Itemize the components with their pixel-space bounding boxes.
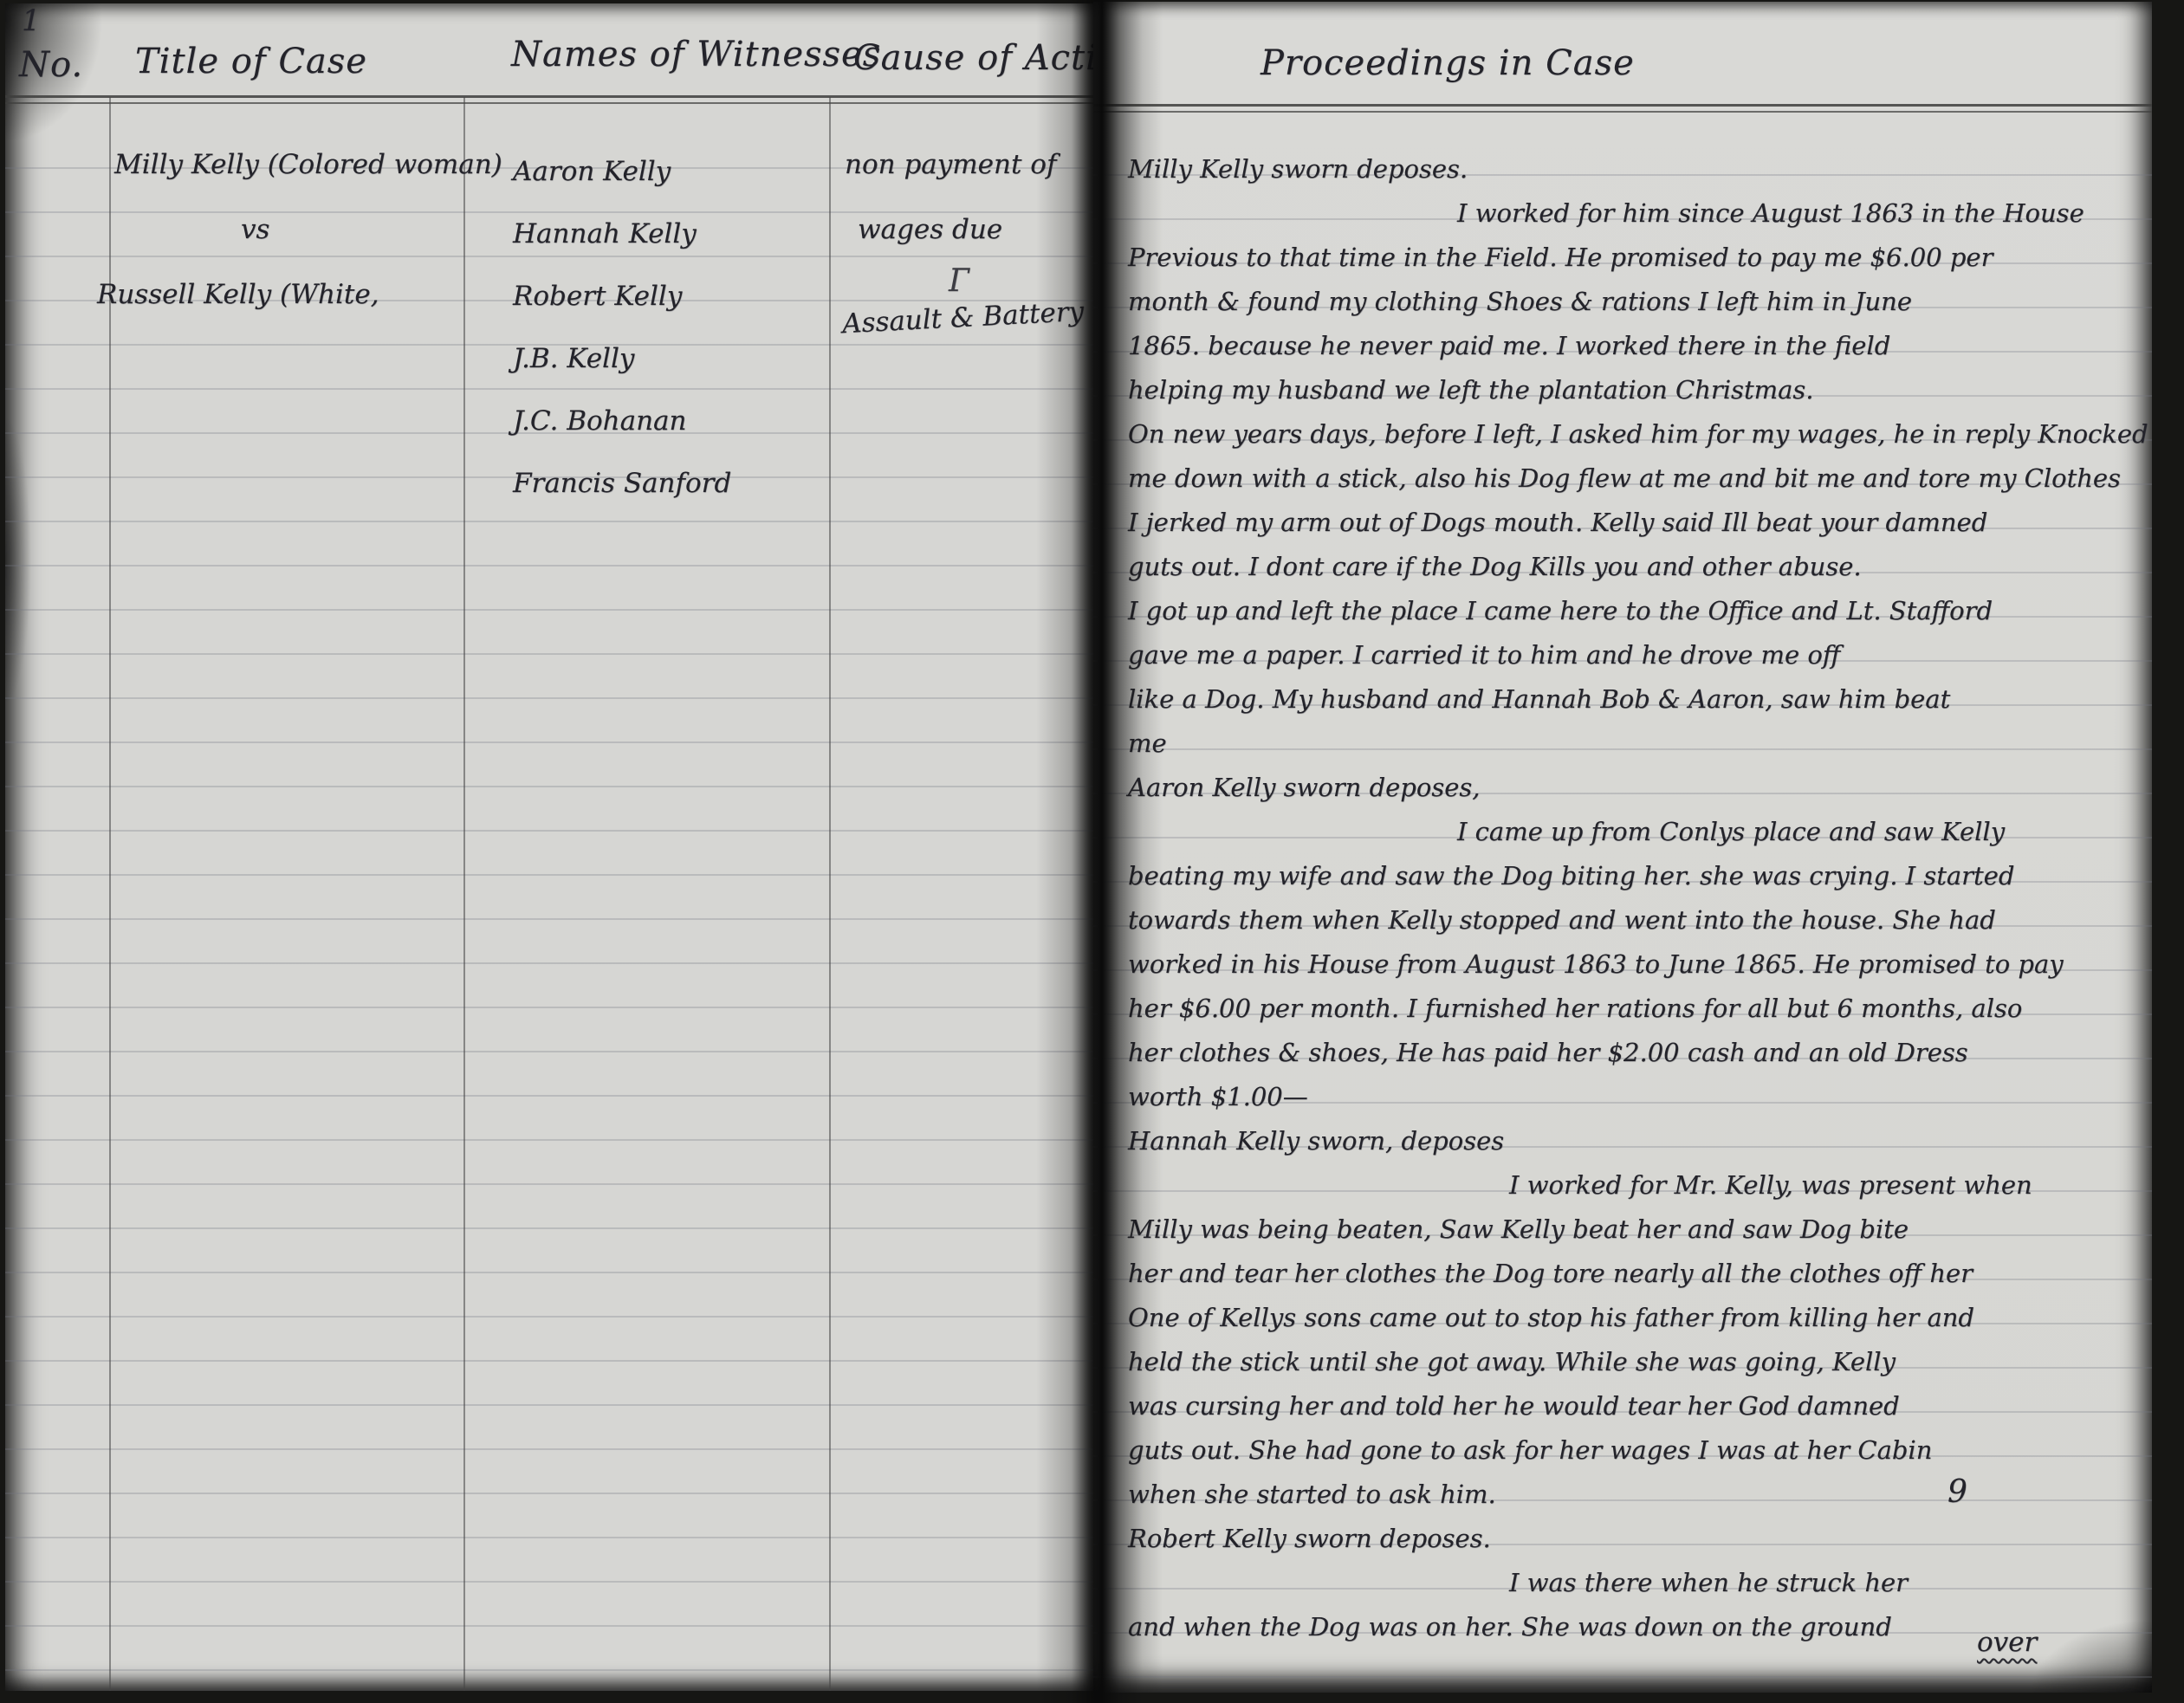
column-header-proceedings: Proceedings in Case: [1260, 43, 1635, 83]
column-header-names-of-witnesses: Names of Witnesses: [511, 35, 881, 74]
proceedings-line: Milly Kelly sworn deposes.: [1128, 147, 2133, 191]
proceedings-line: gave me a paper. I carried it to him and…: [1128, 633, 2133, 677]
proceedings-line: I came up from Conlys place and saw Kell…: [1128, 810, 2133, 854]
proceedings-line: One of Kellys sons came out to stop his …: [1128, 1296, 2133, 1340]
proceedings-line: her $6.00 per month. I furnished her rat…: [1128, 987, 2133, 1031]
over-label: over: [1977, 1627, 2037, 1658]
witness-name: Aaron Kelly: [513, 140, 731, 203]
proceedings-line: when she started to ask him.: [1128, 1473, 2133, 1517]
proceedings-line: worked in his House from August 1863 to …: [1128, 942, 2133, 987]
column-divider-no-title: [109, 97, 111, 1691]
column-divider-witnesses-cause: [829, 97, 831, 1691]
header-rule-bottom: [5, 102, 1093, 104]
header-rule-top: [5, 95, 1093, 98]
column-header-cause-of-action: Cause of Actio: [853, 38, 1119, 78]
proceedings-line: Milly was being beaten, Saw Kelly beat h…: [1128, 1208, 2133, 1252]
case-title-plaintiff: Milly Kelly (Colored woman): [114, 149, 502, 180]
witness-name: Hannah Kelly: [513, 203, 731, 265]
proceedings-line: guts out. I dont care if the Dog Kills y…: [1128, 545, 2133, 589]
right-page: Proceedings in Case Milly Kelly sworn de…: [1093, 2, 2152, 1693]
proceedings-line: her and tear her clothes the Dog tore ne…: [1128, 1252, 2133, 1296]
case-title-vs: vs: [241, 214, 269, 245]
proceedings-line: held the stick until she got away. While…: [1128, 1340, 2133, 1384]
proceedings-line: I got up and left the place I came here …: [1128, 589, 2133, 633]
proceedings-line: I worked for Mr. Kelly, was present when: [1128, 1163, 2133, 1208]
witness-name: J.C. Bohanan: [513, 390, 731, 452]
column-header-no: No.: [19, 45, 83, 85]
proceedings-line: beating my wife and saw the Dog biting h…: [1128, 854, 2133, 898]
proceedings-line: her clothes & shoes, He has paid her $2.…: [1128, 1031, 2133, 1075]
column-header-title-of-case: Title of Case: [135, 42, 367, 81]
proceedings-line: towards them when Kelly stopped and went…: [1128, 898, 2133, 942]
folio-number: 1: [22, 3, 41, 38]
cause-of-action-line-2: wages due: [858, 214, 1002, 245]
ditto-flourish-mark: Г: [949, 263, 969, 299]
ledger-scan: 1 No. Title of Case Names of Witnesses C…: [0, 0, 2184, 1703]
proceedings-text: Milly Kelly sworn deposes.I worked for h…: [1128, 147, 2133, 1649]
proceedings-line: month & found my clothing Shoes & ration…: [1128, 280, 2133, 324]
proceedings-line: guts out. She had gone to ask for her wa…: [1128, 1428, 2133, 1473]
witness-list: Aaron KellyHannah KellyRobert KellyJ.B. …: [513, 140, 731, 515]
proceedings-line: On new years days, before I left, I aske…: [1128, 412, 2133, 457]
witness-name: Francis Sanford: [513, 452, 731, 515]
case-title-defendant: Russell Kelly (White,: [97, 279, 379, 310]
witness-name: J.B. Kelly: [513, 327, 731, 390]
cause-of-action-line-1: non payment of: [845, 149, 1056, 180]
proceedings-line: me down with a stick, also his Dog flew …: [1128, 457, 2133, 501]
witness-name: Robert Kelly: [513, 265, 731, 327]
header-rule-bottom: [1093, 111, 2152, 113]
left-page: 1 No. Title of Case Names of Witnesses C…: [5, 3, 1093, 1691]
proceedings-line: was cursing her and told her he would te…: [1128, 1384, 2133, 1428]
proceedings-line: Aaron Kelly sworn deposes,: [1128, 766, 2133, 810]
proceedings-line: I worked for him since August 1863 in th…: [1128, 191, 2133, 236]
proceedings-line: I jerked my arm out of Dogs mouth. Kelly…: [1128, 501, 2133, 545]
proceedings-line: Hannah Kelly sworn, deposes: [1128, 1119, 2133, 1163]
proceedings-line: worth $1.00—: [1128, 1075, 2133, 1119]
proceedings-line: helping my husband we left the plantatio…: [1128, 368, 2133, 412]
page-number: 9: [1947, 1474, 1967, 1510]
column-divider-title-witnesses: [463, 97, 465, 1691]
proceedings-line: 1865. because he never paid me. I worked…: [1128, 324, 2133, 368]
proceedings-line: Previous to that time in the Field. He p…: [1128, 236, 2133, 280]
proceedings-line: me: [1128, 722, 2133, 766]
proceedings-line: I was there when he struck her: [1128, 1561, 2133, 1605]
proceedings-line: like a Dog. My husband and Hannah Bob & …: [1128, 677, 2133, 722]
header-rule-top: [1093, 104, 2152, 107]
proceedings-line: Robert Kelly sworn deposes.: [1128, 1517, 2133, 1561]
